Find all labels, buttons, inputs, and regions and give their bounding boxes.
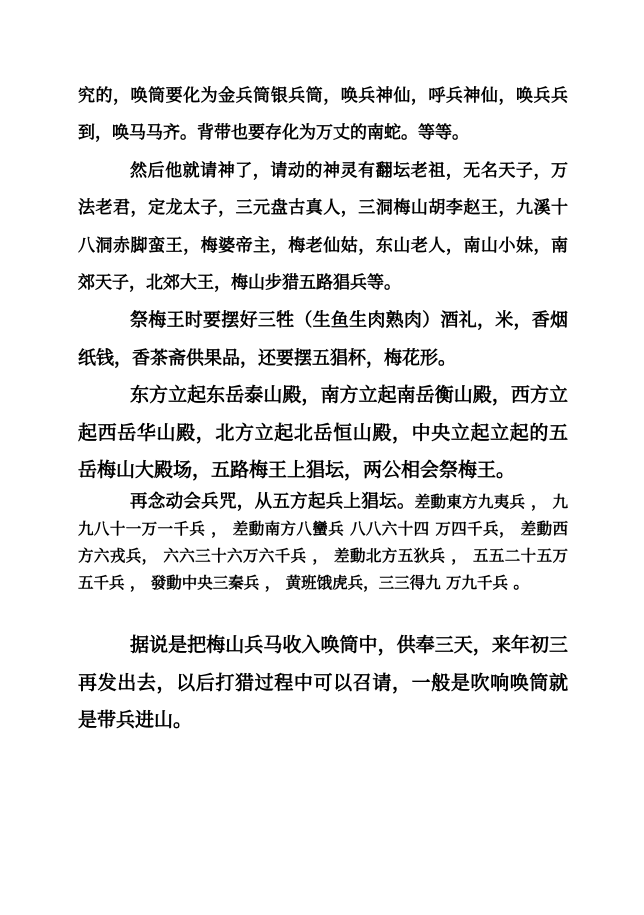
paragraph-invite-gods: 然后他就请神了，请动的神灵有翻坛老祖，无名天子，万法老君，定龙太子，三元盘古真人…: [78, 153, 568, 303]
paragraph-closing: 据说是把梅山兵马收入唤筒中，供奉三天，来年初三再发出去，以后打猎过程中可以召请，…: [78, 627, 568, 739]
paragraph-offering: 祭梅王时要摆好三牲（生鱼生肉熟肉）酒礼，米，香烟纸钱，香茶斋供果品，还要摆五猖杯…: [78, 302, 568, 377]
troop-spell-lead-text: 再念动会兵咒，从五方起兵上猖坛。: [130, 492, 415, 512]
document-page: 究的，唤筒要化为金兵筒银兵筒，唤兵神仙，呼兵神仙，唤兵兵到，唤马马齐。背带也要存…: [0, 0, 644, 915]
paragraph-five-mountains: 东方立起东岳泰山殿，南方立起南岳衡山殿，西方立起西岳华山殿，北方立起北岳恒山殿，…: [78, 377, 568, 489]
paragraph-continuation: 究的，唤筒要化为金兵筒银兵筒，唤兵神仙，呼兵神仙，唤兵兵到，唤马马齐。背带也要存…: [78, 78, 568, 153]
paragraph-troop-spell: 再念动会兵咒，从五方起兵上猖坛。差動東方九夷兵 ， 九九八十一万一千兵 ， 差動…: [78, 489, 568, 597]
